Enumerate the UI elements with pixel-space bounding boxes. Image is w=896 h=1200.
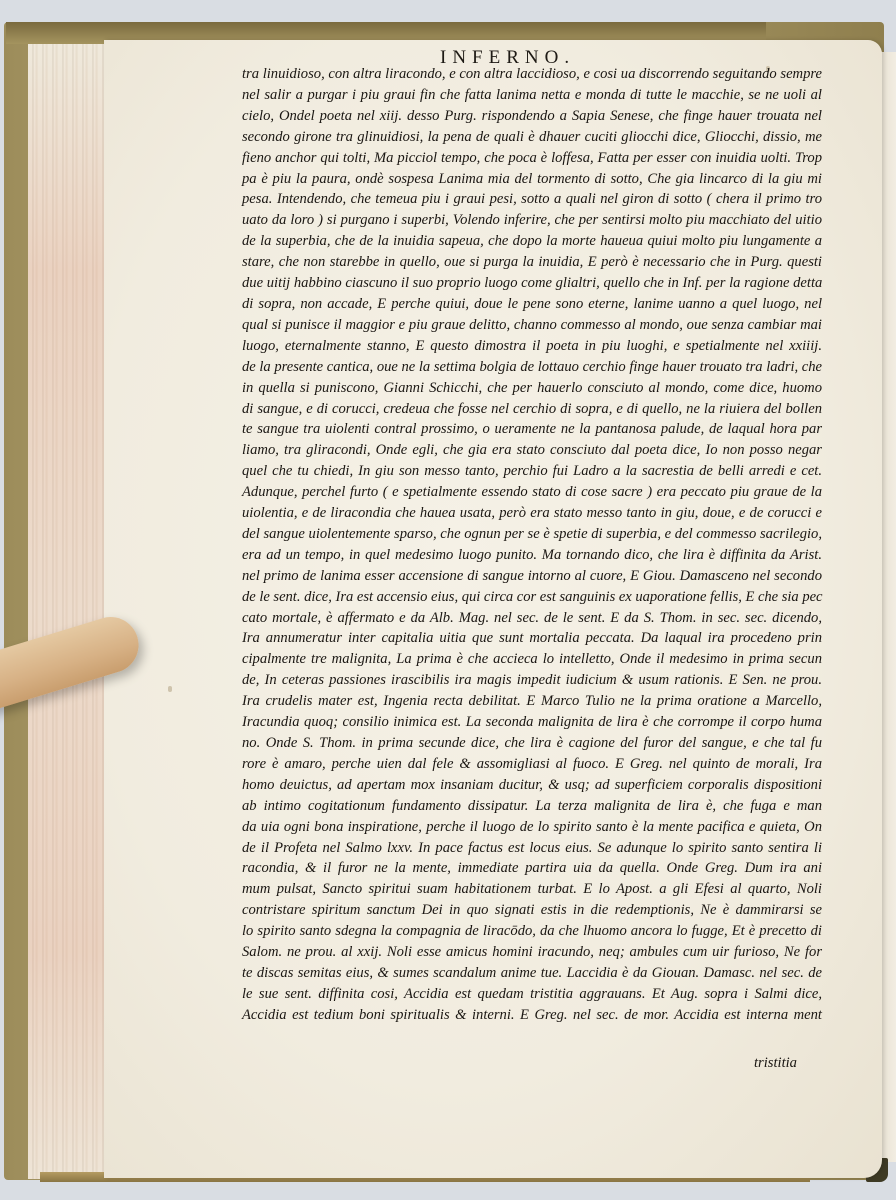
text-line: di sangue, e di corucci, credeua che fos… <box>242 399 822 420</box>
text-line: de le sent. dice, Ira est accensio eius,… <box>242 587 822 608</box>
text-line: era ad un tempo, in quel medesimo luogo … <box>242 545 822 566</box>
text-line: mum pulsat, Sancto spiritui suam habitat… <box>242 879 822 900</box>
text-line: da uia ogni bona inspiratione, perche il… <box>242 817 822 838</box>
text-line: te discas semitas eius, & sumes scandalu… <box>242 963 822 984</box>
text-line: quel che tu chiedi, In giu son messo tan… <box>242 461 822 482</box>
text-line: qual si punisce il maggior e piu graue d… <box>242 315 822 336</box>
text-line: Iracundia quoq; consilio inimica est. La… <box>242 712 822 733</box>
text-line: te sangue tra uiolenti contral prossimo,… <box>242 419 822 440</box>
page-stack-fore-edge <box>28 44 104 1179</box>
catchword: tristitia <box>754 1055 797 1072</box>
text-line: fieno anchor qui tolti, Ma picciol tempo… <box>242 148 822 169</box>
text-line: tra linuidioso, con altra liracondo, e c… <box>242 64 822 85</box>
text-line: secondo girone tra glinuidiosi, la pena … <box>242 127 822 148</box>
text-line: Adunque, perchel furto ( e spetialmente … <box>242 482 822 503</box>
text-line: due uitij habbino ciascuno il suo propri… <box>242 273 822 294</box>
text-line: racondia, & il furor ne la mente, immedi… <box>242 858 822 879</box>
text-line: ab intimo cogitationum fundamento dissip… <box>242 796 822 817</box>
text-line: cipalmente tre malignita, La prima è che… <box>242 649 822 670</box>
text-line: Accidia est tedium boni spiritualis & in… <box>242 1005 822 1026</box>
text-line: contristare spiritum sanctum Dei in quo … <box>242 900 822 921</box>
text-line: uato da loro ) si purgano i superbi, Vol… <box>242 210 822 231</box>
text-line: in quella si puniscono, Gianni Schicchi,… <box>242 378 822 399</box>
text-line: de la superbia, che de la inuidia sapeua… <box>242 231 822 252</box>
text-line: liamo, tra gliracondi, Onde egli, che gi… <box>242 440 822 461</box>
text-line: del sangue uiolentemente sparso, che ogn… <box>242 524 822 545</box>
text-line: homo deuictus, ad apertam mox insaniam d… <box>242 775 822 796</box>
text-line: de, In ceteras passiones irascibilis ira… <box>242 670 822 691</box>
text-line: luogo, eternalmente stanno, E questo dim… <box>242 336 822 357</box>
text-line: pesa. Intendendo, che temeua piu i graui… <box>242 189 822 210</box>
text-line: Ira crudelis mater est, Ingenia recta de… <box>242 691 822 712</box>
text-line: cato mortale, è affermato e da Alb. Mag.… <box>242 608 822 629</box>
text-line: pa è piu la paura, ondè sospesa Lanima m… <box>242 169 822 190</box>
text-line: no. Onde S. Thom. in prima secunde dice,… <box>242 733 822 754</box>
text-line: rore è amaro, perche uien dal fele & ass… <box>242 754 822 775</box>
commentary-text-block: tra linuidioso, con altra liracondo, e c… <box>242 64 822 1026</box>
text-line: cielo, Ondel poeta nel xiij. desso Purg.… <box>242 106 822 127</box>
text-line: le sue sent. diffinita cosi, Accidia est… <box>242 984 822 1005</box>
text-line: de la presente cantica, oue ne la settim… <box>242 357 822 378</box>
text-line: stare, che non starebbe in quello, oue s… <box>242 252 822 273</box>
text-line: de il Profeta nel Salmo lxxv. In pace fa… <box>242 838 822 859</box>
text-line: lo spirito santo sdegna la compagnia de … <box>242 921 822 942</box>
text-line: Salom. ne prou. al xxij. Noli esse amicu… <box>242 942 822 963</box>
text-line: di sopra, non accade, E perche quiui, do… <box>242 294 822 315</box>
text-line: Ira annumeratur inter capitalia uitia qu… <box>242 628 822 649</box>
text-line: uiolentia, e de liracondia che hauea usa… <box>242 503 822 524</box>
paper-speck <box>168 686 172 692</box>
text-line: nel salir a purgar i piu graui fin che f… <box>242 85 822 106</box>
text-line: nel primo de lanima esser accensione di … <box>242 566 822 587</box>
